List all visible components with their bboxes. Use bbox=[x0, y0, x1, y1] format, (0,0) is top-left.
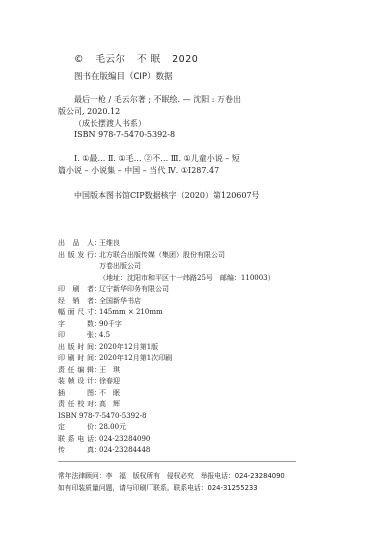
detail-label: 幅面尺寸 bbox=[58, 307, 94, 319]
detail-label: 字 数 bbox=[58, 319, 94, 331]
detail-label: 印刷时间 bbox=[58, 353, 94, 365]
detail-row-fax: 传 真：024-23284448 bbox=[58, 445, 275, 457]
detail-label: 定 价 bbox=[58, 422, 94, 434]
detail-label: 出版发行 bbox=[58, 250, 94, 262]
detail-label: 联系电话 bbox=[58, 434, 94, 446]
cip-approval-number: 中国版本图书馆CIP数据核字（2020）第120607号 bbox=[74, 190, 260, 201]
cip-isbn: ISBN 978-7-5470-5392-8 bbox=[74, 130, 175, 139]
divider-rule bbox=[58, 461, 296, 462]
detail-value: 高 辉 bbox=[99, 399, 120, 411]
detail-value: 2020年12月第1次印刷 bbox=[99, 353, 172, 365]
copyright-notice: © 毛云尔 不 眠 2020 bbox=[74, 51, 206, 65]
detail-row-isbn: ISBN 978-7-5470-5392-8 bbox=[58, 411, 275, 423]
detail-value: 4.5 bbox=[99, 330, 110, 342]
detail-row-price: 定 价：28.00元 bbox=[58, 422, 275, 434]
detail-row-printer: 印 刷 者：辽宁新华印务有限公司 bbox=[58, 284, 275, 296]
detail-value: 024-23284090 bbox=[99, 434, 150, 446]
copyright-symbol: © bbox=[74, 54, 84, 65]
detail-value: 145mm × 210mm bbox=[99, 307, 163, 319]
detail-value: ISBN 978-7-5470-5392-8 bbox=[58, 411, 146, 423]
cip-record-line-1: 最后一枪 / 毛云尔著 ; 不眠绘. — 沈阳 : 万卷出 bbox=[74, 94, 241, 105]
cip-classification-line-2: 篇小说 – 小说集 – 中国 – 当代 Ⅳ. ①I287.47 bbox=[58, 165, 219, 176]
detail-row-publisher: 出版发行：北方联合出版传媒（集团）股份有限公司 bbox=[58, 250, 275, 262]
detail-label: 出版时间 bbox=[58, 342, 94, 354]
detail-label: 责任校对 bbox=[58, 399, 94, 411]
detail-value: 2020年12月第1版 bbox=[99, 342, 158, 354]
publication-details: 出 品 人：王维良 出版发行：北方联合出版传媒（集团）股份有限公司 万卷出版公司… bbox=[58, 238, 275, 457]
detail-value: 90千字 bbox=[99, 319, 122, 331]
cip-title: 图书在版编目（CIP）数据 bbox=[74, 70, 173, 82]
detail-value: 王 琪 bbox=[99, 365, 120, 377]
detail-label: 印 张 bbox=[58, 330, 94, 342]
detail-row-editor: 责任编辑：王 琪 bbox=[58, 365, 275, 377]
cip-series: （成长摆渡人书系） bbox=[74, 118, 146, 129]
detail-value: 万卷出版公司 bbox=[99, 261, 141, 273]
detail-row-address: （地址：沈阳市和平区十一纬路25号 邮编：110003） bbox=[58, 273, 275, 285]
detail-value: 辽宁新华印务有限公司 bbox=[99, 284, 169, 296]
cip-record-line-2: 版公司, 2020.12 bbox=[58, 106, 120, 117]
detail-value: 28.00元 bbox=[99, 422, 126, 434]
detail-row-producer: 出 品 人：王维良 bbox=[58, 238, 275, 250]
detail-row-designer: 装帧设计：徐春迎 bbox=[58, 376, 275, 388]
detail-row-phone: 联系电话：024-23284090 bbox=[58, 434, 275, 446]
detail-row-print-date: 印刷时间：2020年12月第1次印刷 bbox=[58, 353, 275, 365]
detail-label: 责任编辑 bbox=[58, 365, 94, 377]
detail-label: 装帧设计 bbox=[58, 376, 94, 388]
detail-row-format: 幅面尺寸：145mm × 210mm bbox=[58, 307, 275, 319]
detail-value: 王维良 bbox=[99, 238, 120, 250]
copyright-illustrator: 不 眠 bbox=[137, 54, 161, 65]
detail-row-sheets: 印 张：4.5 bbox=[58, 330, 275, 342]
copyright-author: 毛云尔 bbox=[96, 54, 126, 65]
detail-label: 插 图 bbox=[58, 388, 94, 400]
detail-value: 徐春迎 bbox=[99, 376, 120, 388]
detail-label: 印 刷 者 bbox=[58, 284, 94, 296]
detail-row-word-count: 字 数：90千字 bbox=[58, 319, 275, 331]
detail-label: 经 销 者 bbox=[58, 296, 94, 308]
detail-row-illustrator: 插 图：不 眠 bbox=[58, 388, 275, 400]
copyright-year: 2020 bbox=[172, 54, 198, 65]
footer-quality-line: 如有印装质量问题，请与印刷厂联系。联系电话：024-31255233 bbox=[58, 482, 258, 492]
detail-row-publisher-2: 万卷出版公司 bbox=[58, 261, 275, 273]
cip-classification-line-1: Ⅰ. ①最… Ⅱ. ①毛… ②不… Ⅲ. ①儿童小说 – 短 bbox=[74, 153, 240, 164]
footer-legal-line: 常年法律顾问：李 福 版权所有 侵权必究 举报电话：024-23284090 bbox=[58, 470, 285, 480]
detail-value: 024-23284448 bbox=[99, 445, 150, 457]
detail-row-publish-date: 出版时间：2020年12月第1版 bbox=[58, 342, 275, 354]
detail-value: 北方联合出版传媒（集团）股份有限公司 bbox=[99, 250, 225, 262]
detail-value: 不 眠 bbox=[99, 388, 120, 400]
detail-label: 出 品 人 bbox=[58, 238, 94, 250]
detail-value: 全国新华书店 bbox=[99, 296, 141, 308]
detail-value: （地址：沈阳市和平区十一纬路25号 邮编：110003） bbox=[99, 273, 275, 285]
detail-row-proofreader: 责任校对：高 辉 bbox=[58, 399, 275, 411]
detail-row-distributor: 经 销 者：全国新华书店 bbox=[58, 296, 275, 308]
detail-label: 传 真 bbox=[58, 445, 94, 457]
